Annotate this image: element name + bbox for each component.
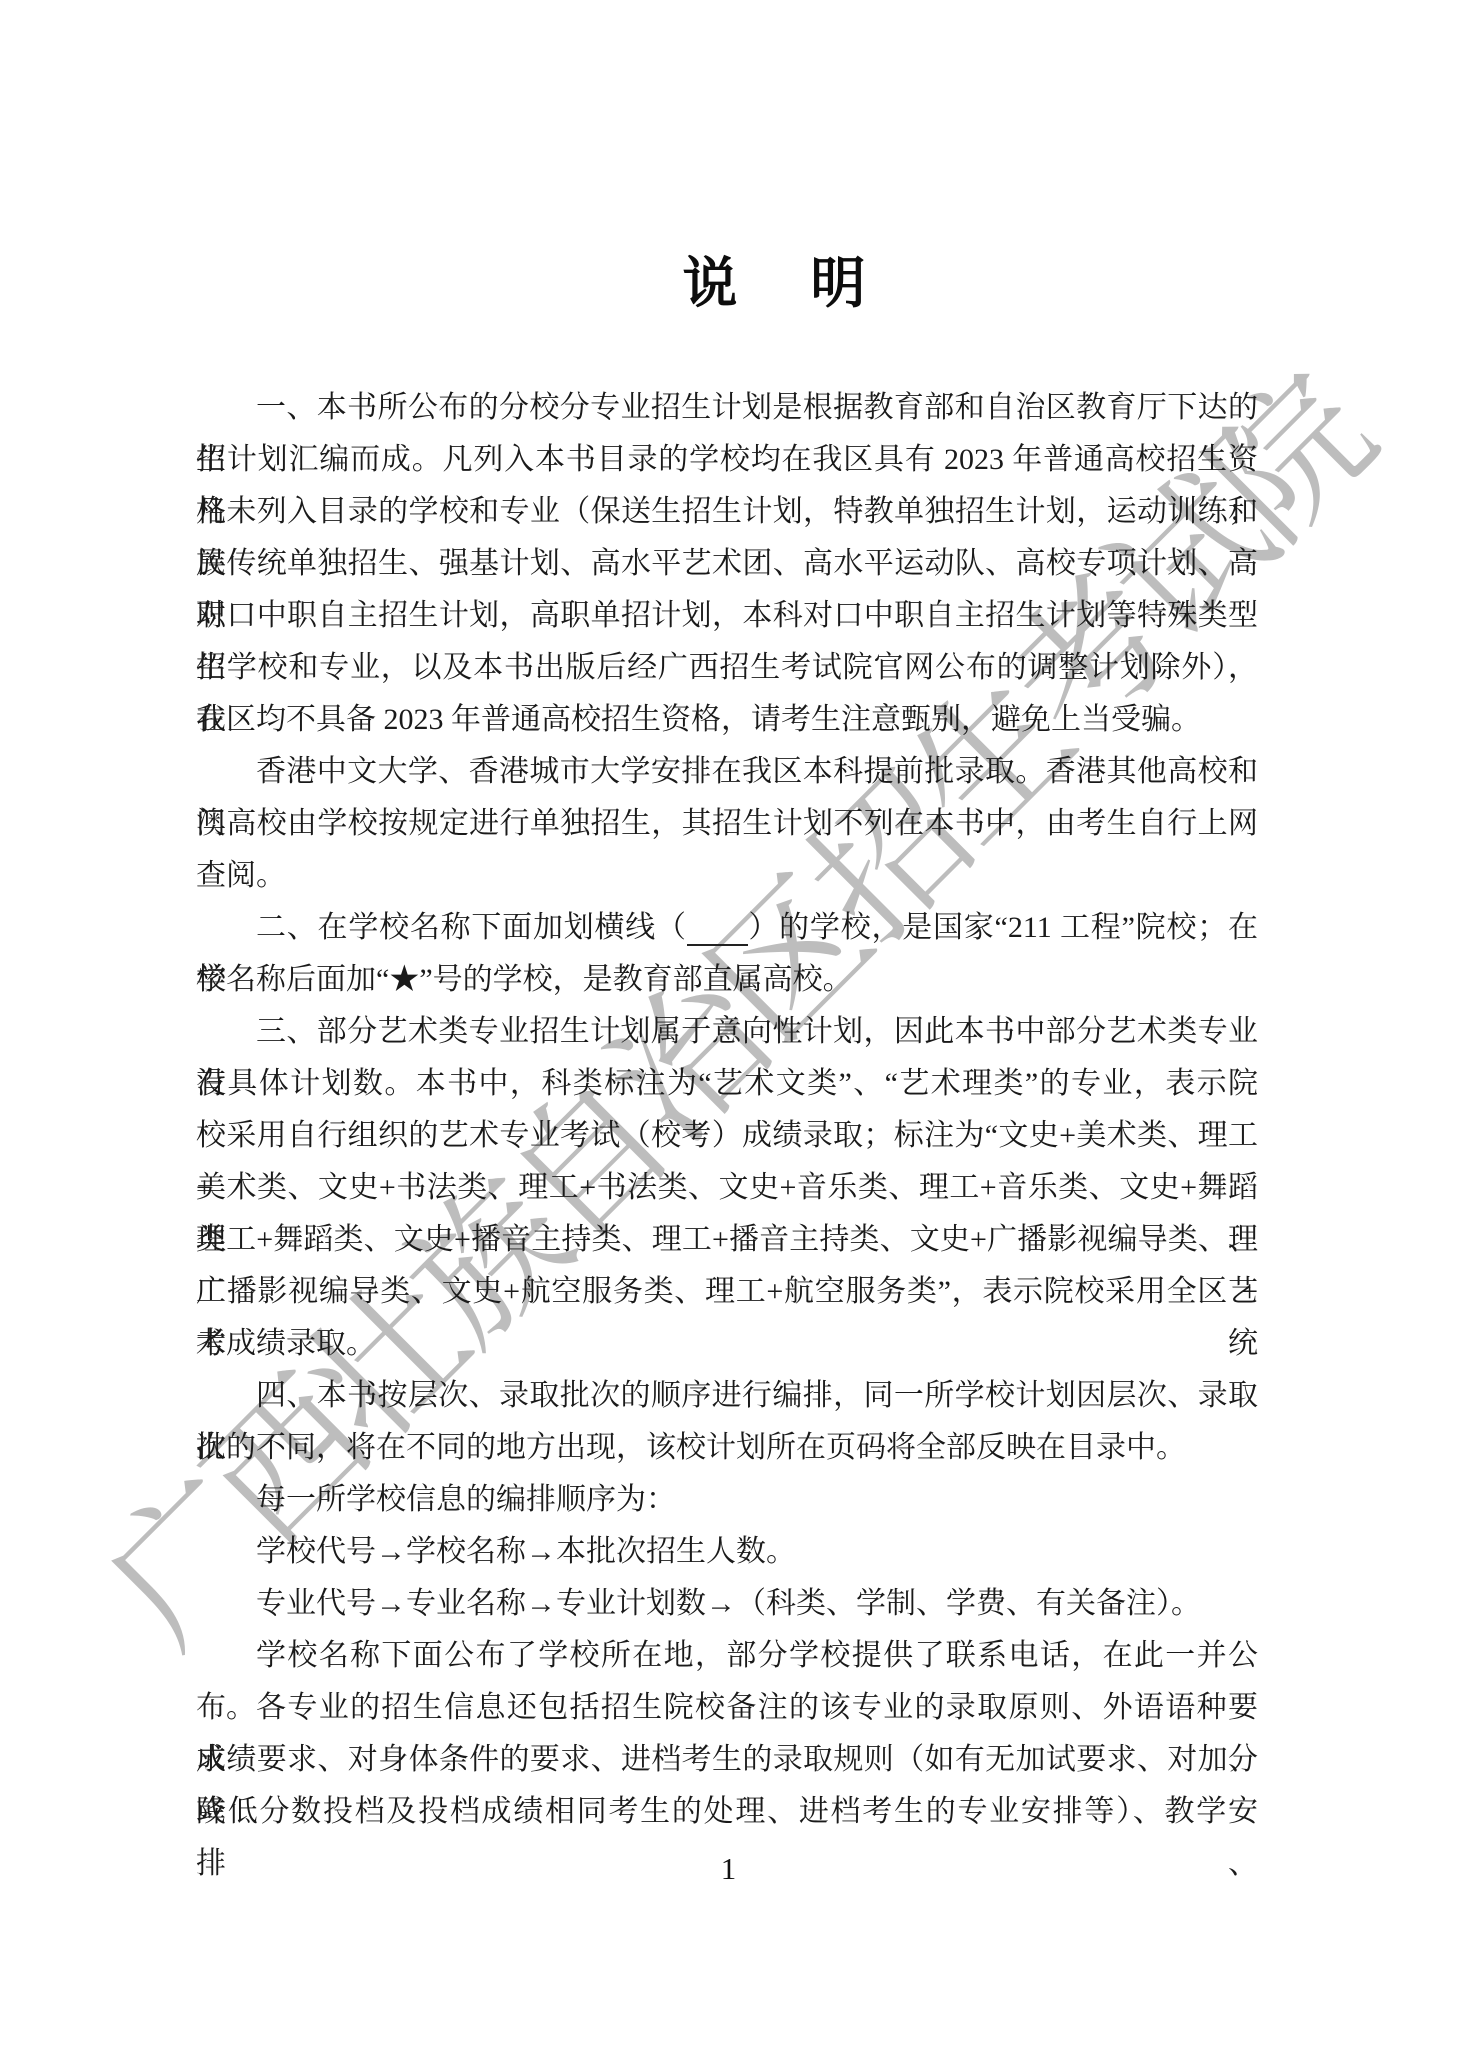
body-line: 族传统单独招生、强基计划、高水平艺术团、高水平运动队、高校专项计划、高职: [196, 538, 1258, 590]
body-line: 四、本书按层次、录取批次的顺序进行编排，同一所学校计划因层次、录取批: [196, 1370, 1258, 1422]
body-line: 每一所学校信息的编排顺序为：: [196, 1474, 1258, 1526]
body-line: 凡未列入目录的学校和专业（保送生招生计划，特教单独招生计划，运动训练和民: [196, 486, 1258, 538]
body-line: 查阅。: [196, 850, 1258, 902]
body-line: 美术类、文史+书法类、理工+书法类、文史+音乐类、理工+音乐类、文史+舞蹈类、: [196, 1162, 1258, 1214]
body-line: 门高校由学校按规定进行单独招生，其招生计划不列在本书中，由考生自行上网: [196, 798, 1258, 850]
body-line: 专业代号→专业名称→专业计划数→（科类、学制、学费、有关备注）。: [196, 1578, 1258, 1630]
page-number: 1: [0, 1851, 1457, 1887]
line-text-pre: 二、在学校名称下面加划横线（: [256, 911, 687, 944]
page-title: 说 明: [50, 239, 1457, 318]
body-line: 一、本书所公布的分校分专业招生计划是根据教育部和自治区教育厅下达的招: [196, 382, 1258, 434]
document-page: 广西壮族自治区招生考试院 说 明 一、本书所公布的分校分专业招生计划是根据教育部…: [0, 0, 1457, 2047]
body-line: 生计划汇编而成。凡列入本书目录的学校均在我区具有 2023 年普通高校招生资格；: [196, 434, 1258, 486]
body-line: 我区均不具备 2023 年普通高校招生资格，请考生注意甄别，避免上当受骗。: [196, 694, 1258, 746]
body-text: 一、本书所公布的分校分专业招生计划是根据教育部和自治区教育厅下达的招 生计划汇编…: [196, 382, 1258, 1838]
body-line: 次的不同，将在不同的地方出现，该校计划所在页码将全部反映在目录中。: [196, 1422, 1258, 1474]
body-line: 有具体计划数。本书中，科类标注为“艺术文类”、“艺术理类”的专业，表示院: [196, 1058, 1258, 1110]
body-line-with-blank: 二、在学校名称下面加划横线（ ）的学校，是国家“211 工程”院校；在学: [196, 902, 1258, 954]
body-line: 成绩要求、对身体条件的要求、进档考生的录取规则（如有无加试要求、对加分或: [196, 1734, 1258, 1786]
body-line: 学校代号→学校名称→本批次招生人数。: [196, 1526, 1258, 1578]
body-line: 理工+舞蹈类、文史+播音主持类、理工+播音主持类、文史+广播影视编导类、理工+: [196, 1214, 1258, 1266]
body-line: 对口中职自主招生计划，高职单招计划，本科对口中职自主招生计划等特殊类型招: [196, 590, 1258, 642]
body-line: 校名称后面加“★”号的学校，是教育部直属高校。: [196, 954, 1258, 1006]
body-line: 各专业的招生信息还包括招生院校备注的该专业的录取原则、外语语种要求、: [196, 1682, 1258, 1734]
body-line: 校采用自行组织的艺术专业考试（校考）成绩录取；标注为“文史+美术类、理工+: [196, 1110, 1258, 1162]
body-line: 生学校和专业，以及本书出版后经广西招生考试院官网公布的调整计划除外），在: [196, 642, 1258, 694]
underline-blank: [687, 911, 749, 946]
body-line: 学校名称下面公布了学校所在地，部分学校提供了联系电话，在此一并公布。: [196, 1630, 1258, 1682]
body-line: 香港中文大学、香港城市大学安排在我区本科提前批录取。香港其他高校和澳: [196, 746, 1258, 798]
body-line: 广播影视编导类、文史+航空服务类、理工+航空服务类”，表示院校采用全区艺术统: [196, 1266, 1258, 1318]
body-line: 降低分数投档及投档成绩相同考生的处理、进档考生的专业安排等）、教学安排、: [196, 1786, 1258, 1838]
body-line: 三、部分艺术类专业招生计划属于意向性计划，因此本书中部分艺术类专业没: [196, 1006, 1258, 1058]
